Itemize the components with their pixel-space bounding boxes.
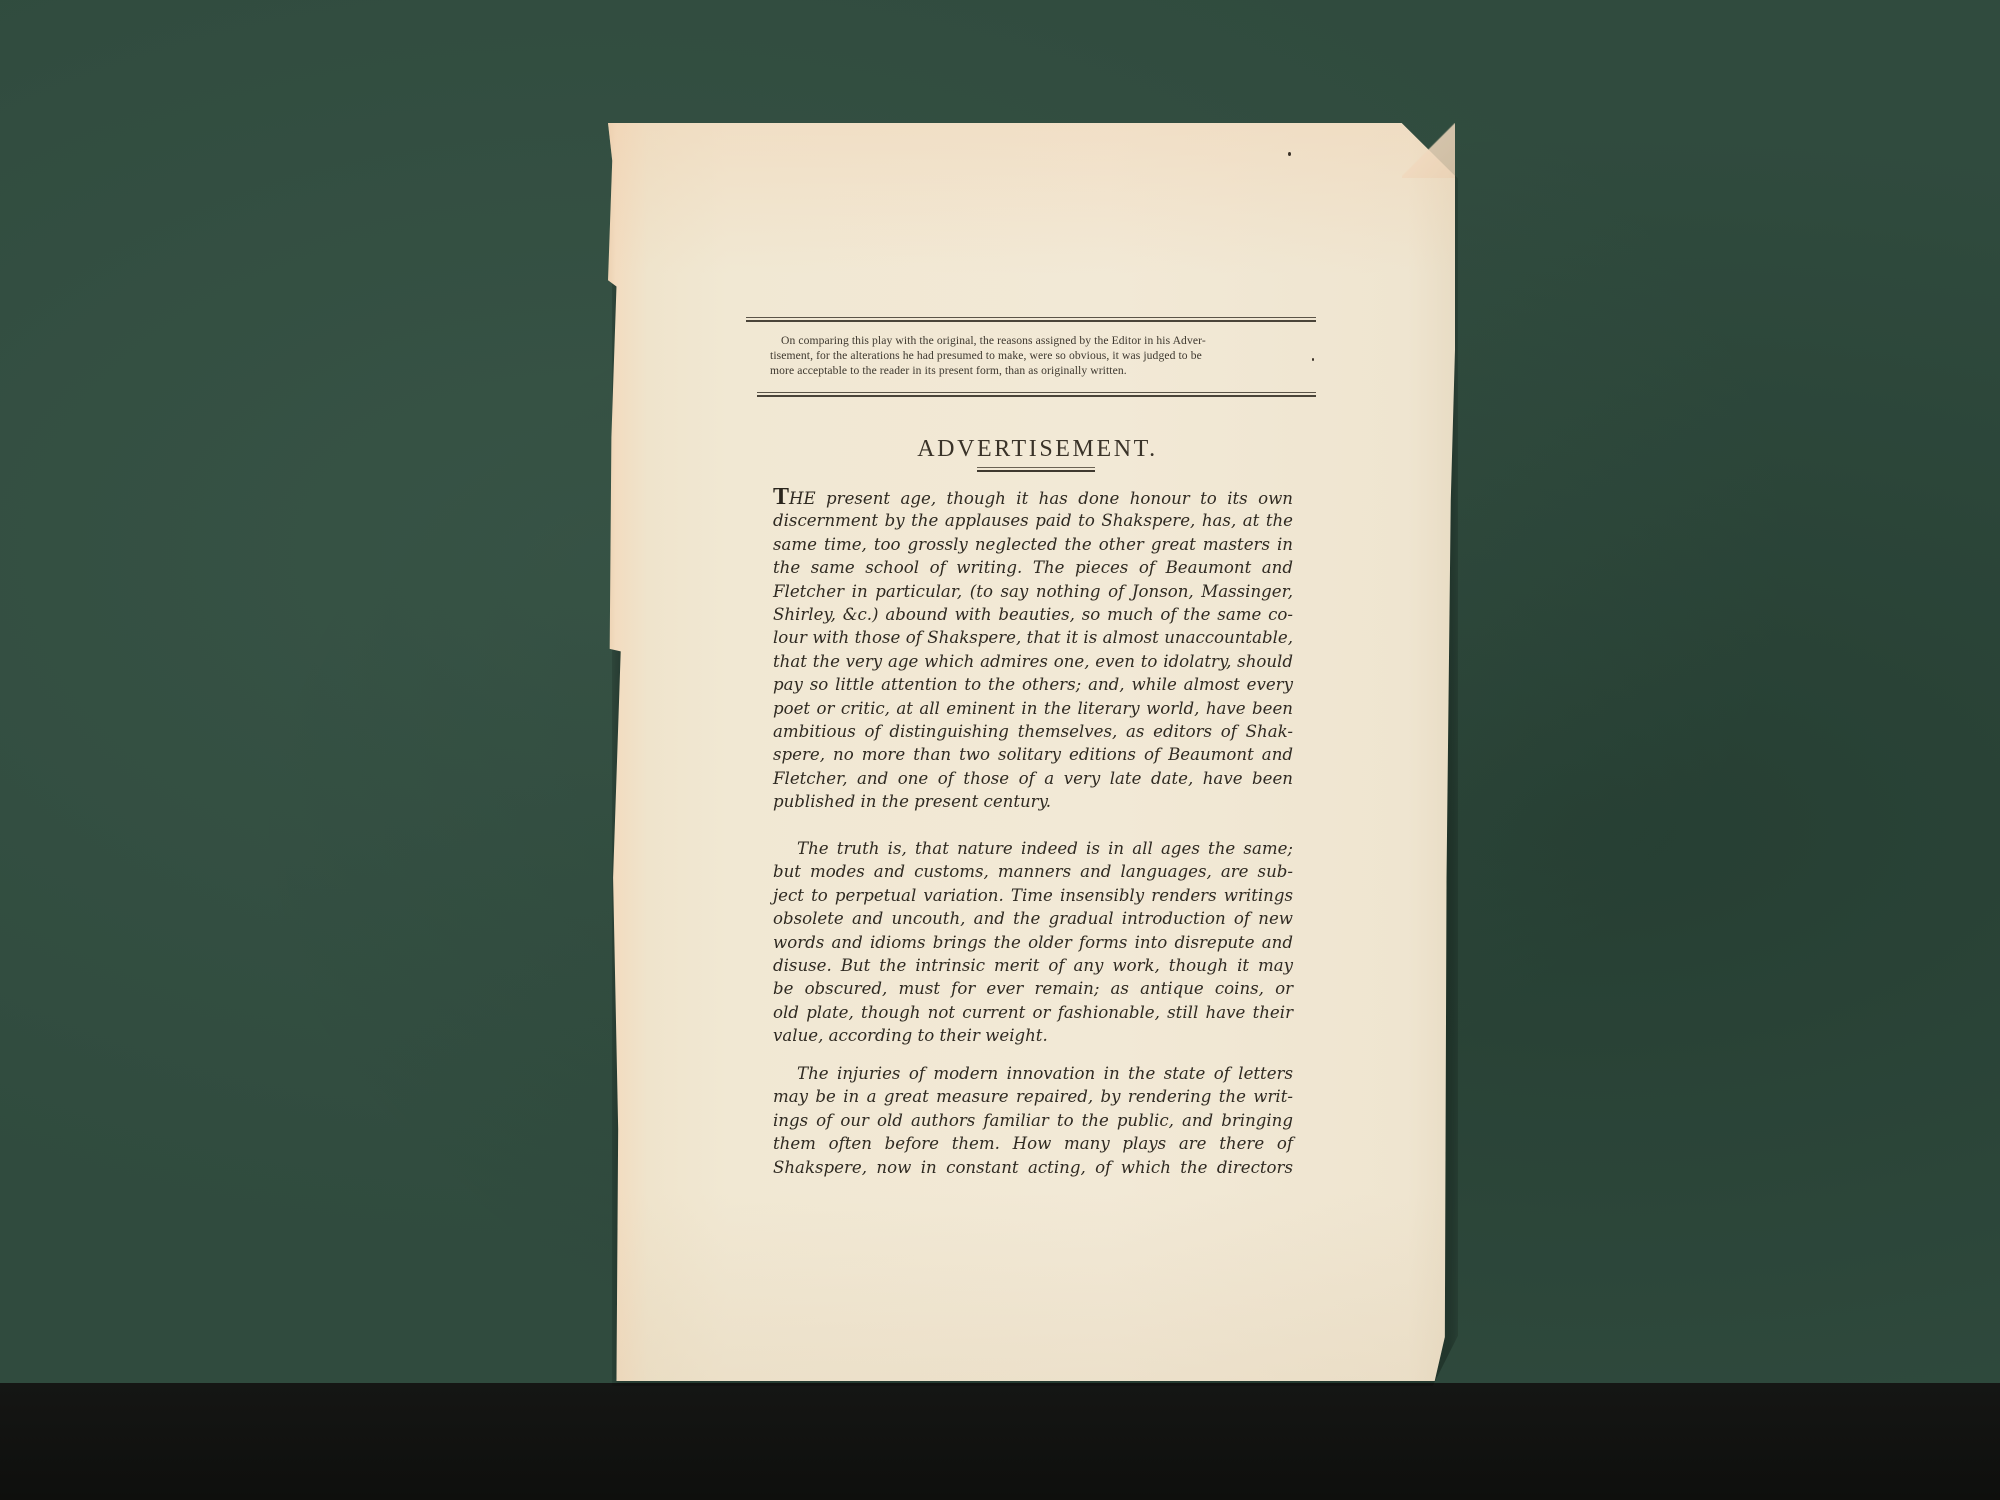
text-line: disuse. But the intrinsic merit of any w… xyxy=(773,954,1293,977)
text-line: The injuries of modern innovation in the… xyxy=(773,1062,1293,1085)
paragraph-3: The injuries of modern innovation in the… xyxy=(773,1062,1293,1179)
text-line: discernment by the applauses paid to Sha… xyxy=(773,509,1293,532)
ink-speck xyxy=(1288,152,1291,156)
note-bottom-rule xyxy=(757,392,1316,397)
text-line: same time, too grossly neglected the oth… xyxy=(773,533,1293,556)
text-line: be obscured, must for ever remain; as an… xyxy=(773,977,1293,1000)
text-line: but modes and customs, manners and langu… xyxy=(773,860,1293,883)
text-line: Fletcher in particular, (to say nothing … xyxy=(773,580,1293,603)
note-line: On comparing this play with the original… xyxy=(770,333,1315,348)
text-line: Shakspere, now in constant acting, of wh… xyxy=(773,1156,1293,1179)
text-line: spere, no more than two solitary edition… xyxy=(773,743,1293,766)
text-line: The truth is, that nature indeed is in a… xyxy=(773,837,1293,860)
text-line: THE present age, though it has done hono… xyxy=(773,486,1293,509)
text-line: poet or critic, at all eminent in the li… xyxy=(773,697,1293,720)
text-line: ambitious of distinguishing themselves, … xyxy=(773,720,1293,743)
paragraph-2: The truth is, that nature indeed is in a… xyxy=(773,837,1293,1048)
text-line: may be in a great measure repaired, by r… xyxy=(773,1085,1293,1108)
text-line: the same school of writing. The pieces o… xyxy=(773,556,1293,579)
paragraph-1: THE present age, though it has done hono… xyxy=(773,486,1293,813)
text-line: lour with those of Shakspere, that it is… xyxy=(773,626,1293,649)
text-line: them often before them. How many plays a… xyxy=(773,1132,1293,1155)
text-line: Fletcher, and one of those of a very lat… xyxy=(773,767,1293,790)
text-line: ings of our old authors familiar to the … xyxy=(773,1109,1293,1132)
drop-cap: T xyxy=(773,484,789,510)
text-line: published in the present century. xyxy=(773,790,1293,813)
text-line: obsolete and uncouth, and the gradual in… xyxy=(773,907,1293,930)
heading-rule xyxy=(977,467,1095,472)
note-top-rule xyxy=(746,317,1316,322)
editor-note: On comparing this play with the original… xyxy=(770,333,1315,378)
text-line: Shirley, &c.) abound with beauties, so m… xyxy=(773,603,1293,626)
text-line: ject to perpetual variation. Time insens… xyxy=(773,884,1293,907)
text-line: words and idioms brings the older forms … xyxy=(773,931,1293,954)
folded-corner xyxy=(1402,123,1455,178)
text-line: pay so little attention to the others; a… xyxy=(773,673,1293,696)
page-title: ADVERTISEMENT. xyxy=(905,436,1170,463)
text-line: that the very age which admires one, eve… xyxy=(773,650,1293,673)
text-line: value, according to their weight. xyxy=(773,1024,1293,1047)
note-line: tisement, for the alterations he had pre… xyxy=(770,348,1315,363)
note-line: more acceptable to the reader in its pre… xyxy=(770,363,1315,378)
dark-shelf-surface xyxy=(0,1383,2000,1500)
text-line: old plate, though not current or fashion… xyxy=(773,1001,1293,1024)
